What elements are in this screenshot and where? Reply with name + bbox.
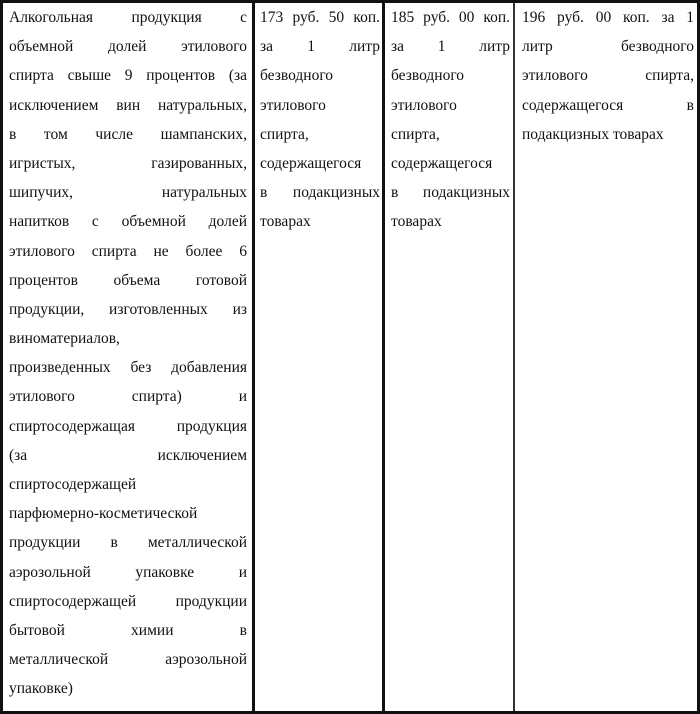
text-line: напитков с объемной долей (9, 207, 247, 236)
text-line: в том числе шампанских, (9, 120, 247, 149)
column-divider (513, 3, 515, 711)
text-line: спиртосодержащей продукции (9, 587, 247, 616)
text-line: содержащегося в (522, 91, 694, 120)
text-line: игристых, газированных, (9, 149, 247, 178)
excise-rate-table: Алкогольная продукция собъемной долей эт… (0, 0, 700, 714)
text-line: 196 руб. 00 коп. за 1 (522, 3, 694, 32)
text-line: объемной долей этилового (9, 32, 247, 61)
text-line: за 1 литр (260, 32, 380, 61)
text-line: процентов объема готовой (9, 266, 247, 295)
text-line: 185 руб. 00 коп. (391, 3, 510, 32)
text-line: этилового (260, 91, 380, 120)
text-line: литр безводного (522, 32, 694, 61)
text-line: исключением вин натуральных, (9, 91, 247, 120)
text-line: металлической аэрозольной (9, 645, 247, 674)
text-line: спирта, (260, 120, 380, 149)
column-divider (382, 3, 385, 711)
text-line: этилового (391, 91, 510, 120)
text-line: парфюмерно-косметической (9, 499, 247, 528)
text-line: аэрозольной упаковке и (9, 558, 247, 587)
text-line: спиртосодержащая продукция (9, 412, 247, 441)
text-line: виноматериалов, (9, 324, 247, 353)
rate-cell-1: 173 руб. 50 коп.за 1 литрбезводногоэтило… (260, 3, 380, 711)
text-line: за 1 литр (391, 32, 510, 61)
text-line: Алкогольная продукция с (9, 3, 247, 32)
text-line: товарах (260, 207, 380, 236)
text-line: (за исключением (9, 441, 247, 470)
text-line: продукции, изготовленных из (9, 295, 247, 324)
text-line: бытовой химии в (9, 616, 247, 645)
text-line: содержащегося (391, 149, 510, 178)
rate-cell-3: 196 руб. 00 коп. за 1литр безводногоэтил… (522, 3, 694, 711)
text-line: упаковке) (9, 674, 247, 703)
text-line: этилового спирта) и (9, 382, 247, 411)
text-line: содержащегося (260, 149, 380, 178)
text-line: этилового спирта, (522, 61, 694, 90)
text-line: этилового спирта не более 6 (9, 237, 247, 266)
text-line: безводного (260, 61, 380, 90)
text-line: продукции в металлической (9, 528, 247, 557)
product-description-cell: Алкогольная продукция собъемной долей эт… (9, 3, 247, 711)
rate-cell-2: 185 руб. 00 коп.за 1 литрбезводногоэтило… (391, 3, 510, 711)
text-line: в подакцизных (391, 178, 510, 207)
text-line: подакцизных товарах (522, 120, 694, 149)
text-line: шипучих, натуральных (9, 178, 247, 207)
text-line: спирта, (391, 120, 510, 149)
text-line: 173 руб. 50 коп. (260, 3, 380, 32)
text-line: безводного (391, 61, 510, 90)
text-line: спиртосодержащей (9, 470, 247, 499)
text-line: произведенных без добавления (9, 353, 247, 382)
column-divider (252, 3, 255, 711)
text-line: товарах (391, 207, 510, 236)
text-line: спирта свыше 9 процентов (за (9, 61, 247, 90)
text-line: в подакцизных (260, 178, 380, 207)
